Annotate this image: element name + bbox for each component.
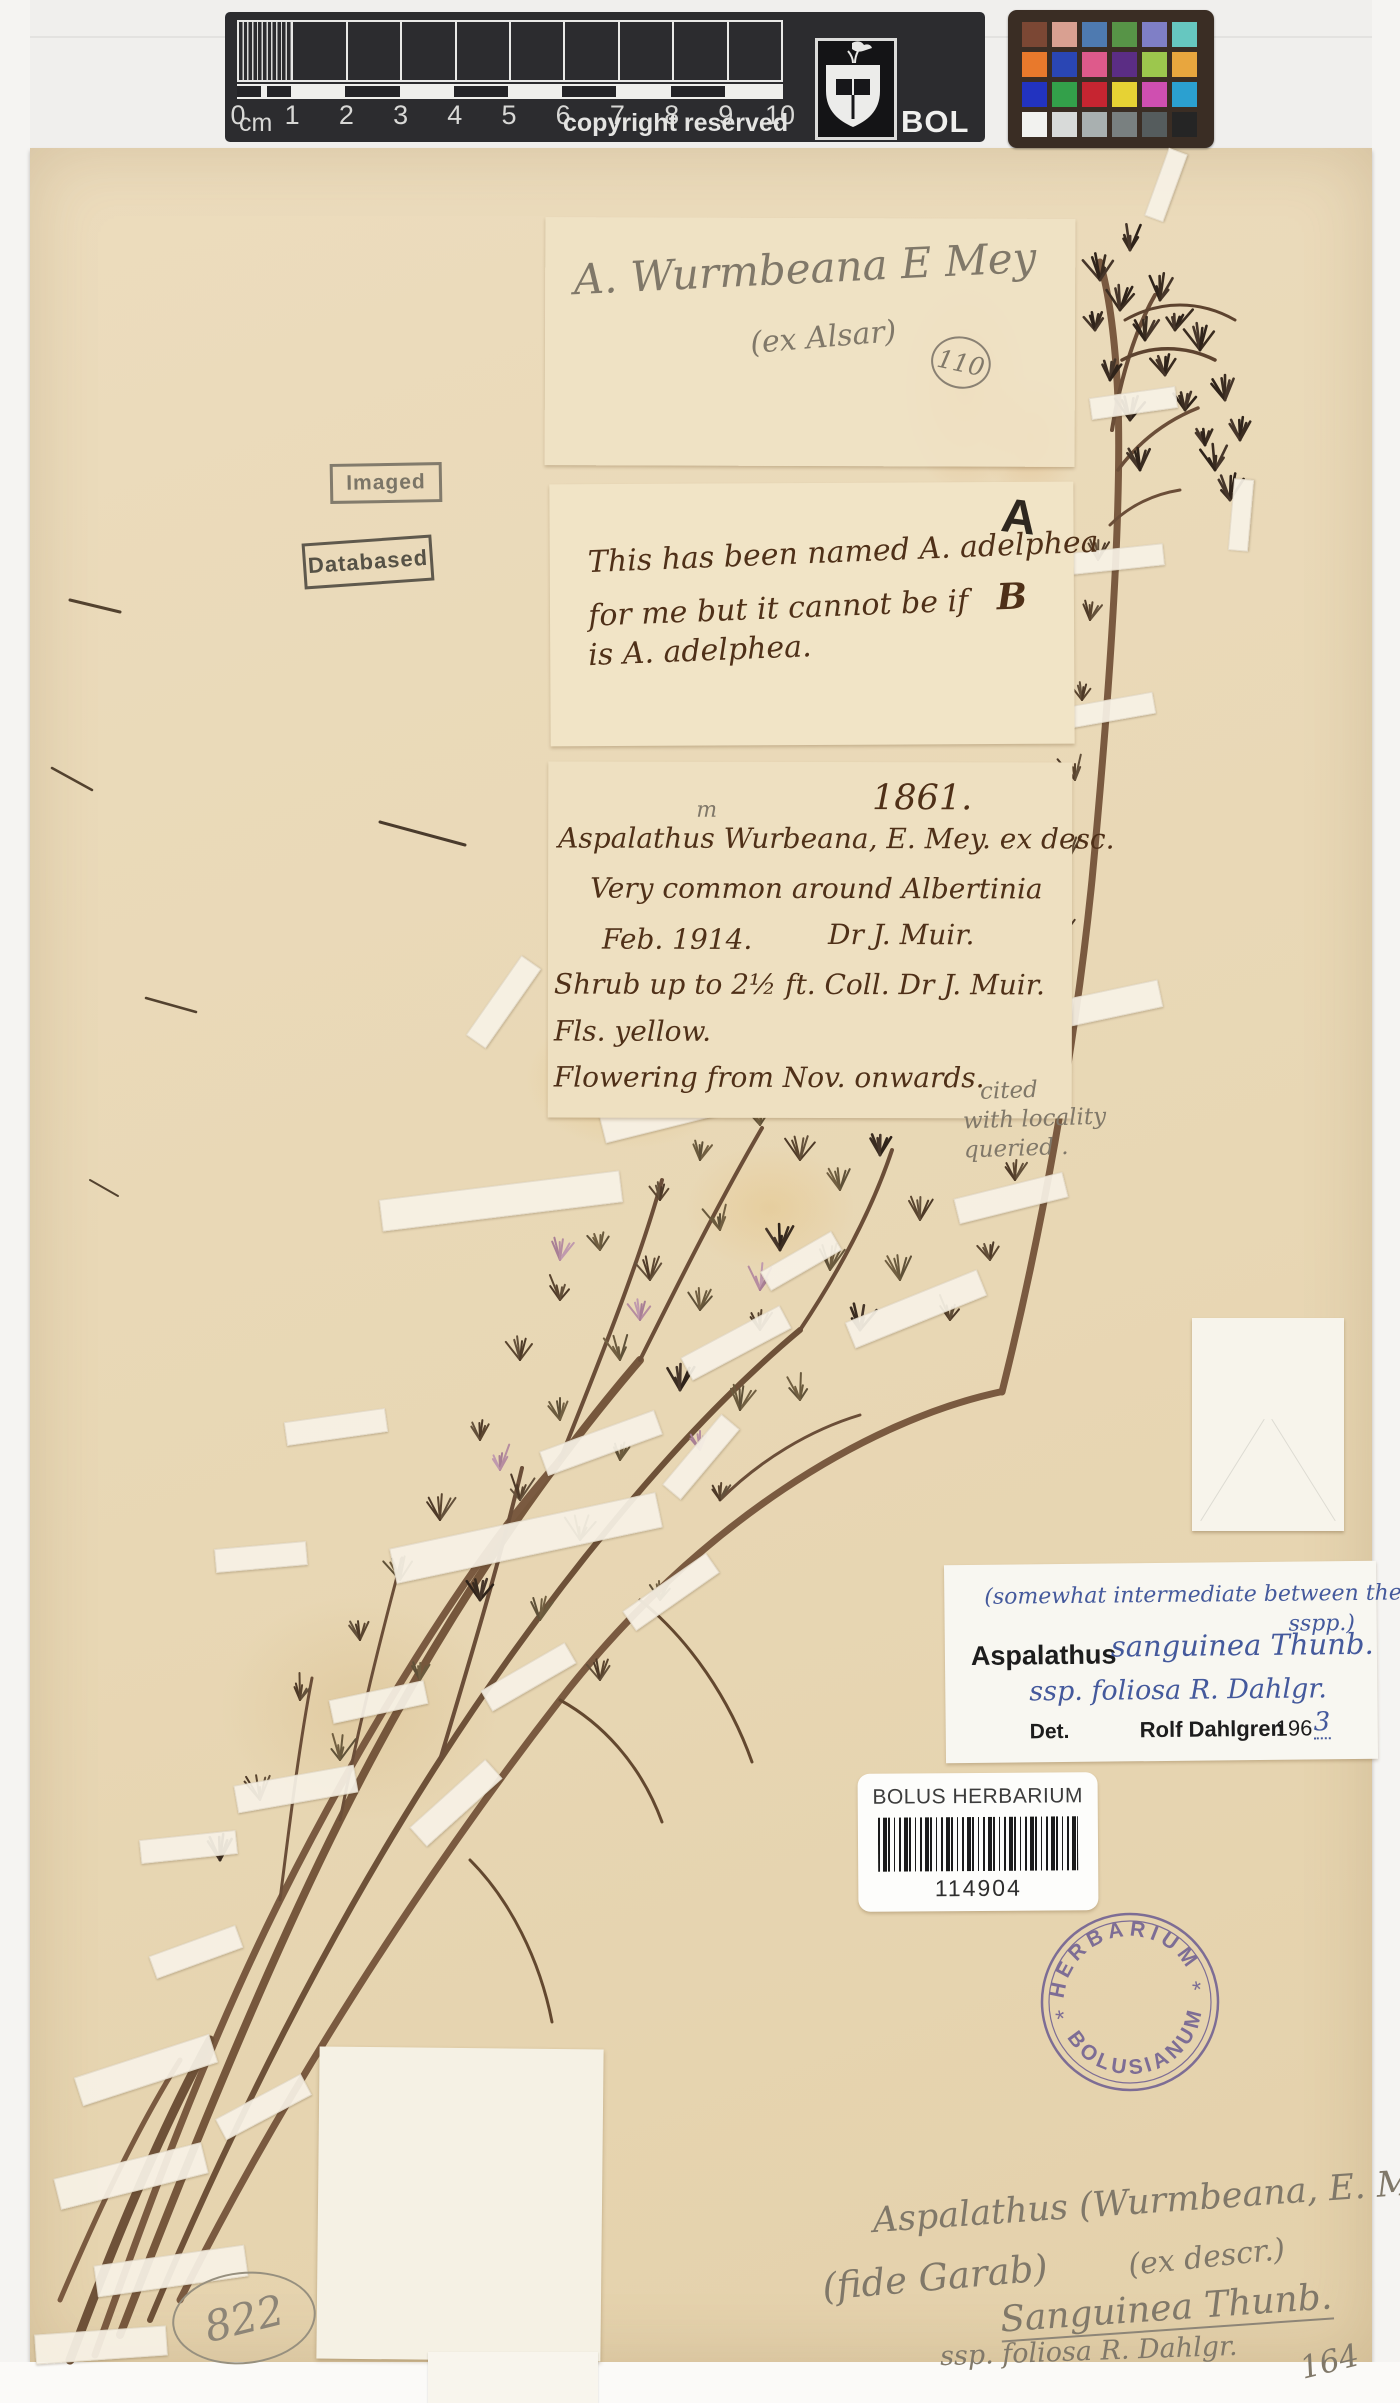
barcode-title: BOLUS HERBARIUM [858, 1784, 1098, 1810]
collection-label: 1861. m Aspalathus Wurbeana, E. Mey. ex … [548, 762, 1073, 1119]
barcode-number: 114904 [858, 1874, 1098, 1903]
date-line: Feb. 1914. [602, 923, 752, 956]
color-swatch [1082, 22, 1107, 47]
note-line1: This has been named A. adelphea [587, 525, 1099, 580]
color-swatch [1112, 82, 1137, 107]
herbarium-round-stamp: HERBARIUM BOLUSIANUM * * [1004, 1876, 1255, 2127]
databased-stamp: Databased [302, 535, 435, 590]
color-swatch [1142, 112, 1167, 137]
curation-pencil-note: cited with locality queried . [962, 1074, 1108, 1166]
taxon-line: Aspalathus Wurbeana, E. Mey. ex desc. [558, 822, 1114, 856]
ruler-number: 1 [285, 100, 300, 131]
marker-letter-b: B [996, 575, 1028, 618]
stamp-right-mark: * [1190, 1976, 1205, 2004]
collection-number: 1861. [872, 778, 972, 818]
det-species-handwritten: sanguinea Thunb. [1111, 1627, 1374, 1664]
color-swatch [1172, 112, 1197, 137]
color-swatch [1052, 22, 1077, 47]
herbarium-scan: 012345678910 cm copyright reserved BOL [0, 0, 1400, 2403]
note-line3: is A. adelphea. [588, 629, 813, 673]
specimen-packet-tab [428, 2352, 598, 2403]
color-swatch [1052, 112, 1077, 137]
ruler-half-cm-strip [237, 84, 783, 99]
det-comment: (somewhat intermediate between the [984, 1580, 1400, 1609]
color-swatch [1052, 52, 1077, 77]
barcode-icon [878, 1816, 1078, 1871]
stamp-bottom-text: BOLUSIANUM [1061, 2000, 1219, 2093]
color-swatch [1112, 52, 1137, 77]
flowering-line: Flowering from Nov. onwards. [554, 1061, 985, 1095]
color-checker-swatches [1022, 22, 1197, 137]
color-checker-card [1008, 10, 1214, 148]
seed-envelope [1192, 1318, 1344, 1531]
svg-text:BOLUSIANUM: BOLUSIANUM [1061, 2000, 1219, 2093]
ruler-unit-label: cm [239, 109, 272, 138]
ruler-number: 5 [501, 100, 516, 131]
circled-number: 110 [926, 331, 996, 395]
note-line2: for me but it cannot be if B [587, 575, 1028, 635]
det-year-printed: 196 [1276, 1715, 1313, 1741]
det-determiner: Rolf Dahlgren [1140, 1716, 1284, 1744]
color-swatch [1052, 82, 1077, 107]
determination-label: (somewhat intermediate between the sspp.… [944, 1561, 1378, 1764]
color-swatch [1112, 22, 1137, 47]
svg-text:HERBARIUM: HERBARIUM [1033, 1903, 1206, 2005]
collector-line: Dr J. Muir. [828, 918, 975, 951]
stamp-top-text: HERBARIUM [1033, 1903, 1206, 2005]
scan-margin-left [0, 0, 30, 2403]
color-swatch [1082, 112, 1107, 137]
uct-crest-icon [815, 38, 897, 140]
color-swatch [1142, 22, 1167, 47]
scan-margin-bottom [0, 2362, 1400, 2403]
color-swatch [1142, 82, 1167, 107]
ruler-mm-cell [239, 22, 293, 80]
specimen-packet [316, 2047, 603, 2362]
stamp-left-mark: * [1053, 2005, 1068, 2033]
annotation-attribution: (ex Alsar) [749, 314, 898, 361]
barcode-label: BOLUS HERBARIUM 114904 [858, 1772, 1099, 1912]
ruler-number: 3 [393, 100, 408, 131]
color-swatch [1172, 82, 1197, 107]
determination-note-label: A This has been named A. adelphea for me… [549, 482, 1074, 747]
color-swatch [1022, 52, 1047, 77]
locality-line: Very common around Albertinia [590, 872, 1043, 906]
ruler-number: 2 [339, 100, 354, 131]
copyright-text: copyright reserved [563, 109, 788, 138]
ruler-cm-cells [237, 20, 783, 82]
color-swatch [1022, 112, 1047, 137]
color-swatch [1022, 22, 1047, 47]
color-swatch [1022, 82, 1047, 107]
flower-colour-line: Fls. yellow. [554, 1015, 711, 1048]
color-swatch [1142, 52, 1167, 77]
annotation-name: A. Wurmbeana E Mey [572, 233, 1037, 305]
color-swatch [1172, 52, 1197, 77]
color-swatch [1112, 112, 1137, 137]
scale-bar: 012345678910 cm copyright reserved BOL [225, 12, 985, 142]
det-subspecies: ssp. foliosa R. Dahlgr. [1029, 1673, 1327, 1707]
color-swatch [1082, 82, 1107, 107]
scan-margin-right [1372, 0, 1400, 2403]
habit-line: Shrub up to 2½ ft. Coll. Dr J. Muir. [554, 968, 1045, 1002]
top-annotation-label: A. Wurmbeana E Mey (ex Alsar) 110 [545, 217, 1076, 467]
color-swatch [1172, 22, 1197, 47]
det-genus-printed: Aspalathus [971, 1639, 1117, 1672]
det-year-handwritten: 3 [1313, 1707, 1330, 1739]
ruler-number: 4 [447, 100, 462, 131]
color-swatch [1082, 52, 1107, 77]
pencil-insertion: m [696, 798, 717, 823]
det-label-printed: Det. [1030, 1720, 1070, 1744]
imaged-stamp: Imaged [330, 462, 443, 504]
herbarium-code-label: BOL [901, 104, 969, 140]
